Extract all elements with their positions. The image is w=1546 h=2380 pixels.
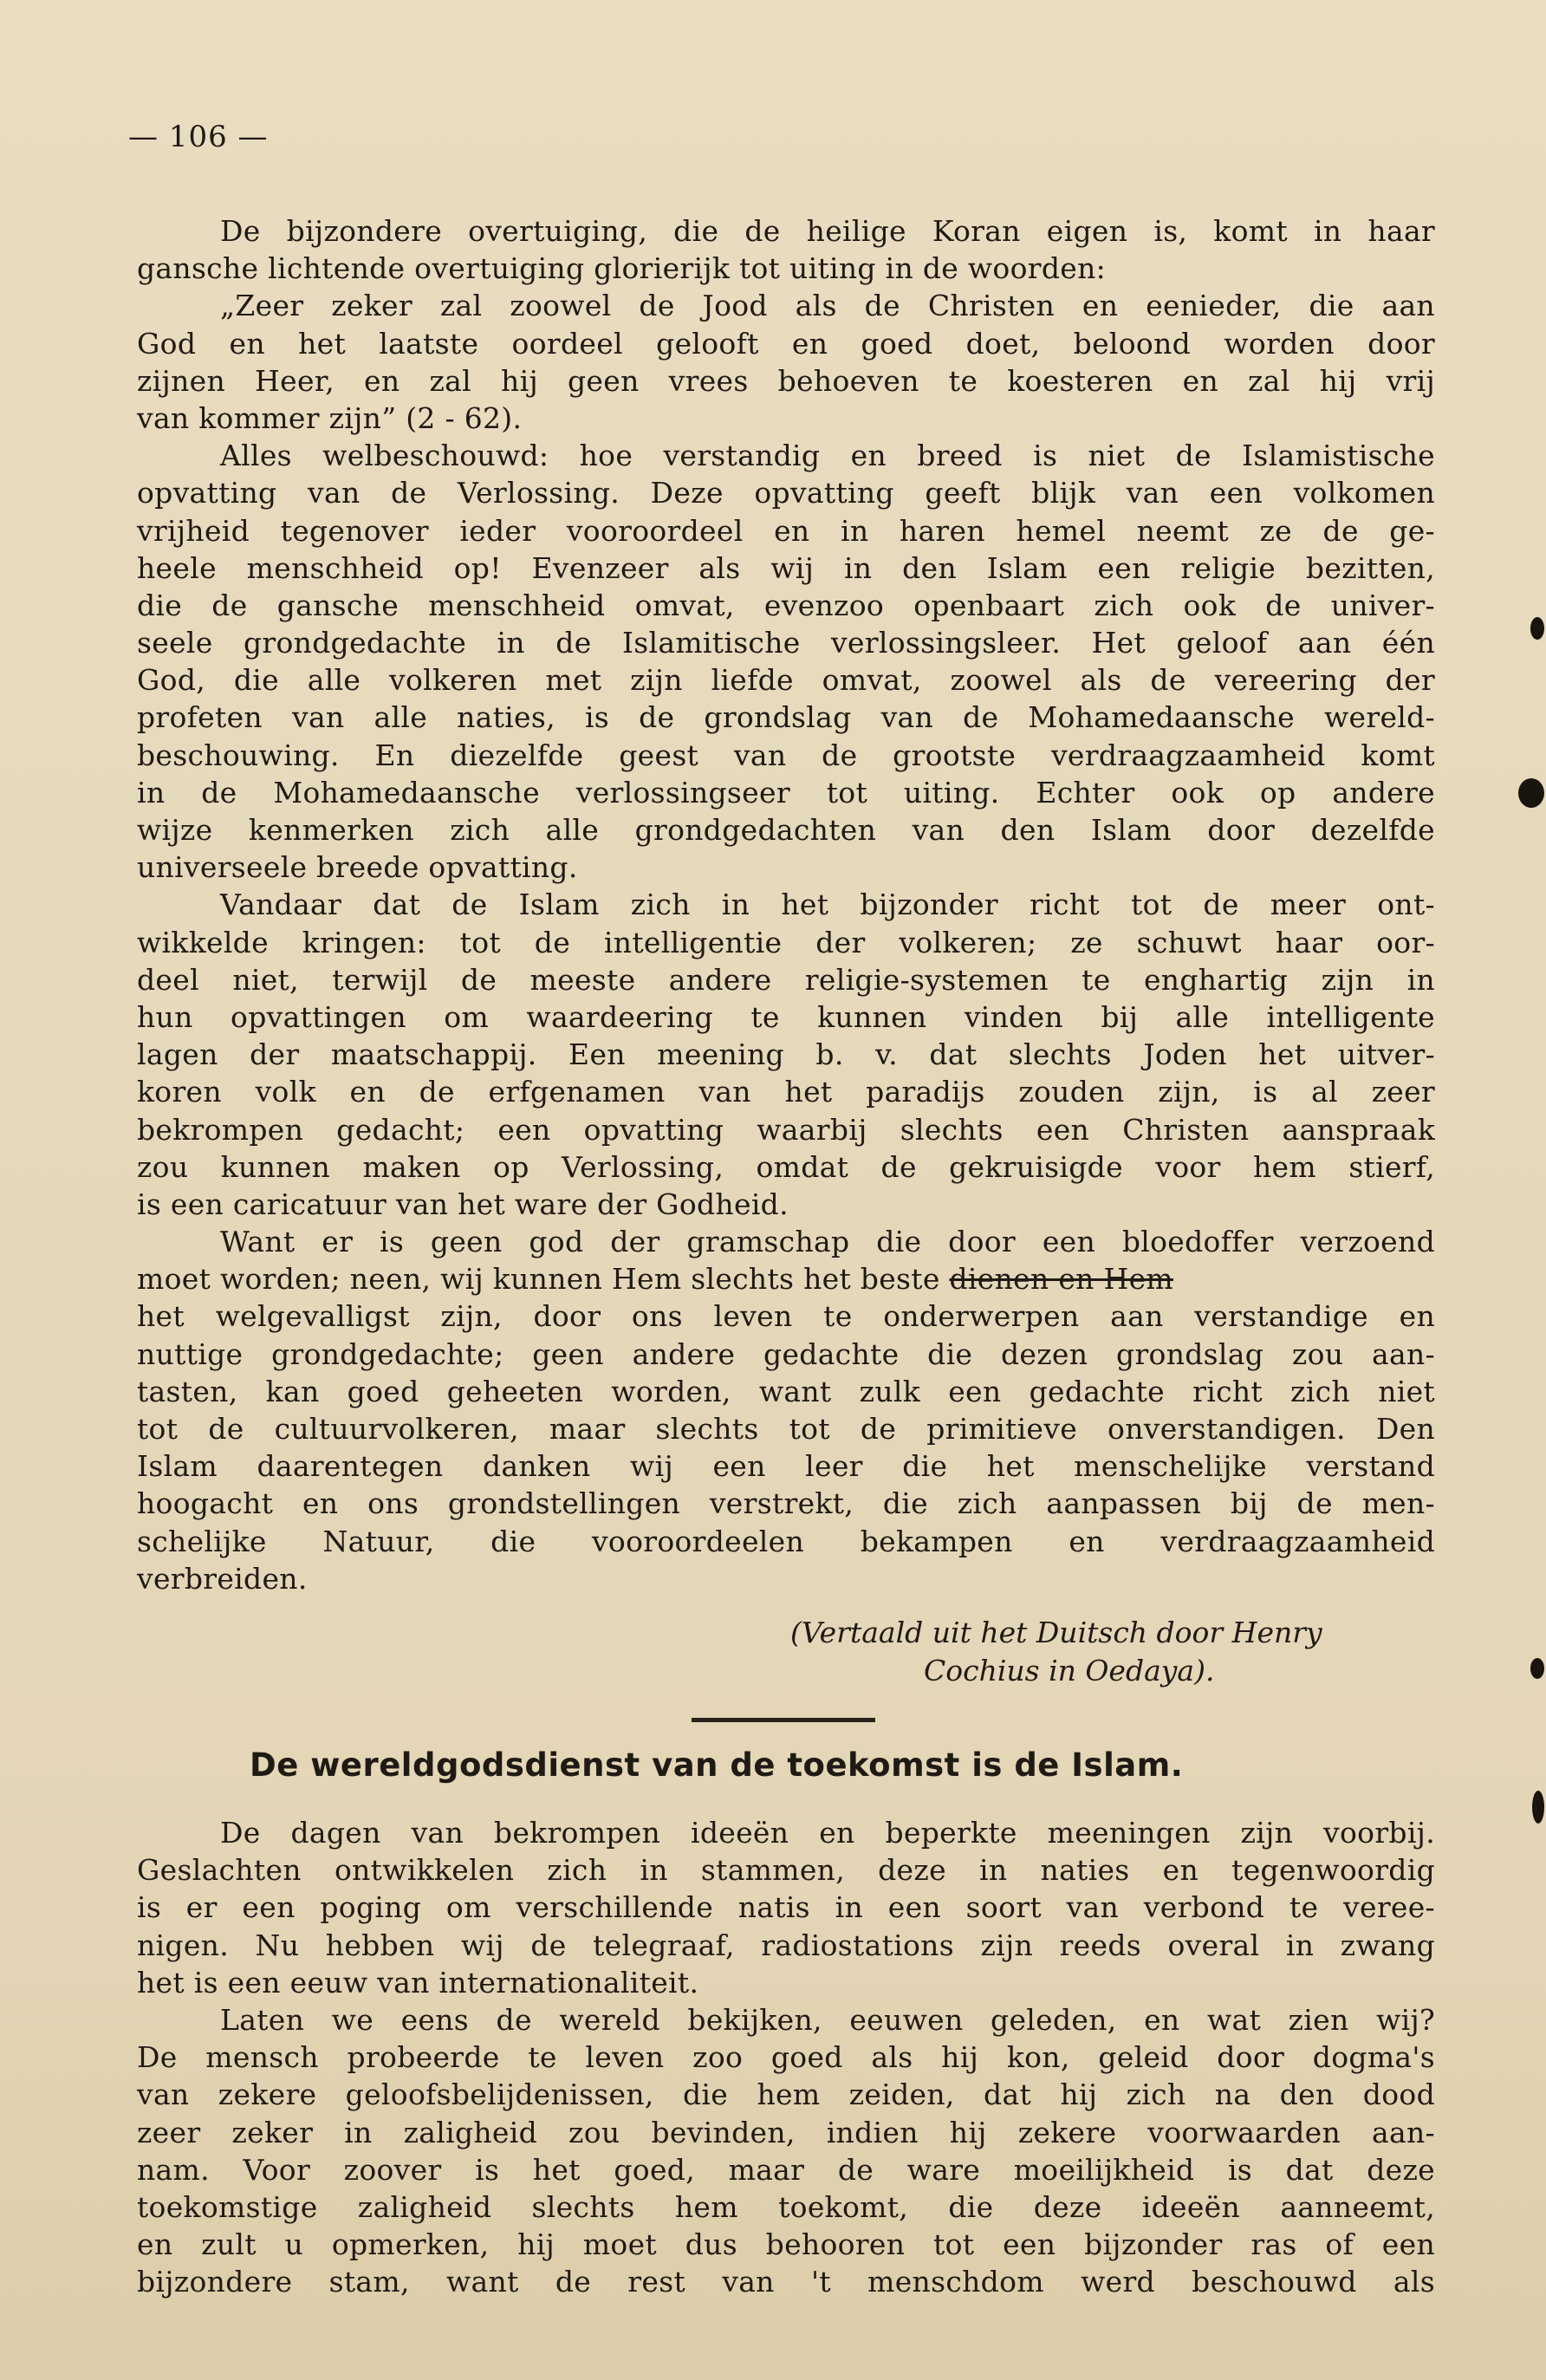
text-line: in de Mohamedaansche verlossingseer tot … xyxy=(137,774,1435,811)
text-line: Islam daarentegen danken wij een leer di… xyxy=(137,1447,1435,1485)
text-span: moet worden; neen, wij kunnen Hem slecht… xyxy=(137,1262,949,1296)
section-divider xyxy=(692,1718,875,1722)
text-line: vrijheid tegenover ieder vooroordeel en … xyxy=(137,512,1435,549)
text-line: hun opvattingen om waardeering te kunnen… xyxy=(137,998,1435,1036)
struck-text: dienen en Hem xyxy=(949,1262,1173,1296)
text-line: nigen. Nu hebben wij de telegraaf, radio… xyxy=(137,1927,1435,1964)
text-line: nam. Voor zoover is het goed, maar de wa… xyxy=(137,2151,1435,2188)
text-line: seele grondgedachte in de Islamitische v… xyxy=(137,624,1435,661)
section-heading: De wereldgodsdienst van de toekomst is d… xyxy=(250,1746,1183,1784)
text-line: koren volk en de erfgenamen van het para… xyxy=(137,1073,1435,1110)
text-line: universeele breede opvatting. xyxy=(137,849,1435,886)
text-line: God, die alle volkeren met zijn liefde o… xyxy=(137,661,1435,699)
text-line: Laten we eens de wereld bekijken, eeuwen… xyxy=(137,2001,1435,2039)
translation-credit-line-1: (Vertaald uit het Duitsch door Henry xyxy=(790,1614,1322,1651)
text-line: profeten van alle naties, is de grondsla… xyxy=(137,699,1435,736)
text-line: schelijke Natuur, die vooroordeelen beka… xyxy=(137,1523,1435,1560)
text-line: lagen der maatschappij. Een meening b. v… xyxy=(137,1036,1435,1073)
text-line: het is een eeuw van internationaliteit. xyxy=(137,1964,1435,2001)
text-line: tasten, kan goed geheeten worden, want z… xyxy=(137,1373,1435,1410)
text-line: is er een poging om verschillende natis … xyxy=(137,1889,1435,1926)
text-line: van kommer zijn” (2 - 62). xyxy=(137,400,1435,437)
text-line: Vandaar dat de Islam zich in het bijzond… xyxy=(137,886,1435,923)
text-line: het welgevalligst zijn, door ons leven t… xyxy=(137,1297,1435,1335)
text-line: tot de cultuurvolkeren, maar slechts tot… xyxy=(137,1410,1435,1447)
text-line: Geslachten ontwikkelen zich in stammen, … xyxy=(137,1851,1435,1889)
text-line: De bijzondere overtuiging, die de heilig… xyxy=(137,212,1435,250)
text-line: De dagen van bekrompen ideeën en beperkt… xyxy=(137,1814,1435,1851)
text-line: bekrompen gedacht; een opvatting waarbij… xyxy=(137,1111,1435,1148)
text-line: deel niet, terwijl de meeste andere reli… xyxy=(137,961,1435,998)
text-line: die de gansche menschheid omvat, evenzoo… xyxy=(137,587,1435,624)
text-line: De mensch probeerde te leven zoo goed al… xyxy=(137,2039,1435,2076)
text-line: zeer zeker in zaligheid zou bevinden, in… xyxy=(137,2114,1435,2151)
text-line: opvatting van de Verlossing. Deze opvatt… xyxy=(137,474,1435,511)
text-line: moet worden; neen, wij kunnen Hem slecht… xyxy=(137,1260,1435,1297)
text-line: God en het laatste oordeel gelooft en go… xyxy=(137,325,1435,362)
ink-blot xyxy=(1530,617,1544,640)
text-line: Want er is geen god der gramschap die do… xyxy=(137,1223,1435,1260)
text-line: zijnen Heer, en zal hij geen vrees behoe… xyxy=(137,362,1435,400)
text-line: beschouwing. En diezelfde geest van de g… xyxy=(137,737,1435,774)
text-line: heele menschheid op! Evenzeer als wij in… xyxy=(137,549,1435,587)
text-line: zou kunnen maken op Verlossing, omdat de… xyxy=(137,1148,1435,1186)
text-line: hoogacht en ons grondstellingen verstrek… xyxy=(137,1485,1435,1522)
text-line: wijze kenmerken zich alle grondgedachten… xyxy=(137,811,1435,849)
text-line: wikkelde kringen: tot de intelligentie d… xyxy=(137,924,1435,961)
ink-blot xyxy=(1530,1658,1544,1679)
article-body-2: De dagen van bekrompen ideeën en beperkt… xyxy=(137,1814,1435,2300)
text-line: is een caricatuur van het ware der Godhe… xyxy=(137,1186,1435,1223)
text-line: gansche lichtende overtuiging glorierijk… xyxy=(137,250,1435,287)
text-line: Alles welbeschouwd: hoe verstandig en br… xyxy=(137,437,1435,474)
text-line: verbreiden. xyxy=(137,1560,1435,1597)
text-line: toekomstige zaligheid slechts hem toekom… xyxy=(137,2188,1435,2226)
text-line: van zekere geloofsbelijdenissen, die hem… xyxy=(137,2076,1435,2113)
text-line: nuttige grondgedachte; geen andere gedac… xyxy=(137,1336,1435,1373)
text-line: bijzondere stam, want de rest van 't men… xyxy=(137,2263,1435,2300)
scanned-page: — 106 — De bijzondere overtuiging, die d… xyxy=(0,0,1546,2380)
page-number: — 106 — xyxy=(128,120,269,154)
translation-credit-line-2: Cochius in Oedaya). xyxy=(924,1652,1214,1689)
text-line: „Zeer zeker zal zoowel de Jood als de Ch… xyxy=(137,287,1435,324)
ink-blot xyxy=(1518,778,1544,808)
text-line: en zult u opmerken, hij moet dus behoore… xyxy=(137,2226,1435,2263)
ink-blot xyxy=(1532,1791,1544,1824)
article-body-1: De bijzondere overtuiging, die de heilig… xyxy=(137,212,1435,1597)
